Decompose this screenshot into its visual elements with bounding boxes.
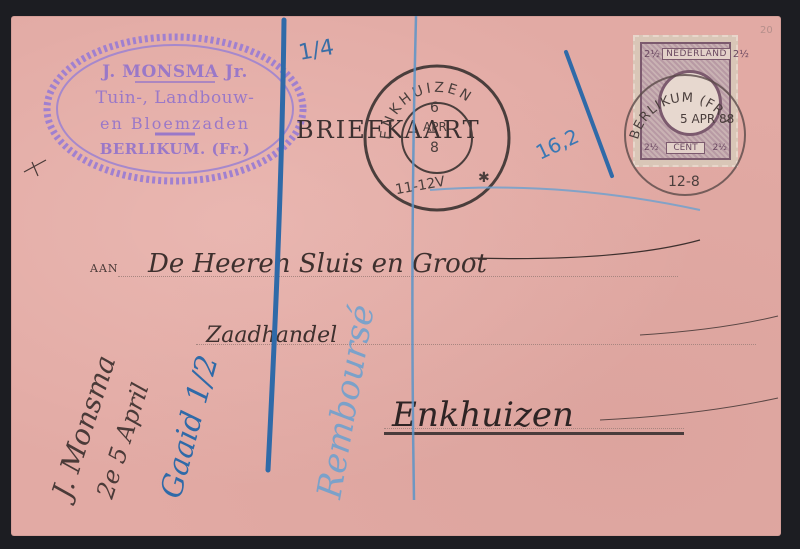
stamp-value-right: 2½: [731, 49, 751, 60]
postmark-day: 6: [430, 100, 439, 116]
address-line-1: [118, 276, 678, 277]
postmark-circle-icon: ENKHUIZEN ✱: [360, 60, 515, 215]
stamp-business-line2: en Bloemzaden: [40, 114, 310, 133]
pencil-note: 20: [760, 25, 773, 36]
stamp-company-name: J. MONSMA Jr.: [40, 62, 310, 82]
address-underline: [384, 432, 684, 435]
postmark-berlikum-time: 12-8: [668, 174, 700, 190]
postmark-year: 8: [430, 140, 439, 156]
address-line-2: [196, 344, 756, 345]
address-prefix: AAN: [90, 262, 119, 275]
stamp-country: NEDERLAND: [662, 48, 731, 60]
postmark-berlikum: BERLIKUM (FR.) 5 APR 88 12-8: [620, 70, 750, 200]
stamp-business-line: Tuin-, Landbouw-: [40, 88, 310, 108]
postmark-enkhuizen: ENKHUIZEN ✱ 6 APR 8 11-12V: [360, 60, 515, 215]
svg-text:✱: ✱: [478, 170, 490, 186]
stamp-location: BERLIKUM. (Fr.): [40, 140, 310, 158]
stamp-value-left: 2½: [642, 49, 662, 60]
address-line-3: [384, 428, 684, 429]
postmark-month: APR: [423, 120, 447, 134]
stamp-border-icon: [40, 30, 310, 188]
sender-stamp: J. MONSMA Jr. Tuin-, Landbouw- en Bloemz…: [40, 30, 310, 188]
postmark-berlikum-date: 5 APR 88: [680, 112, 734, 126]
